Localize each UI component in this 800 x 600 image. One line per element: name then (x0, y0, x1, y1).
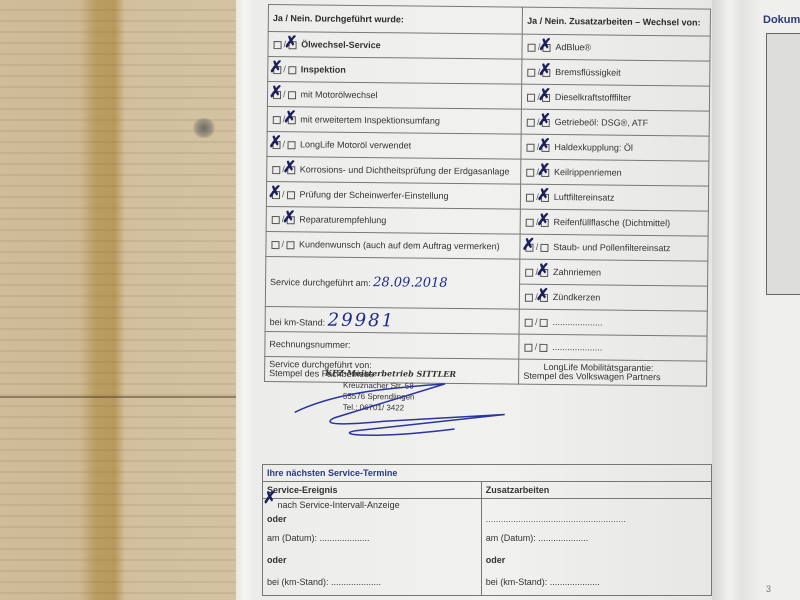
wooden-table-background (0, 0, 250, 600)
extra-work-item: /AdBlue® (522, 34, 710, 61)
extra-work-item: /Luftfiltereinsatz (521, 184, 709, 211)
checkbox-nein-checked[interactable] (286, 216, 294, 224)
checkbox-nein-checked[interactable] (542, 68, 550, 76)
extra-work-item: /.................... (519, 334, 707, 361)
km-label: bei km-Stand: (270, 317, 326, 328)
extra-date-field[interactable]: am (Datum): .................... (486, 527, 707, 549)
extra-work-item-label: Getriebeöl: DSG®, ATF (555, 117, 649, 128)
service-item-label: mit erweitertem Inspektionsumfang (300, 114, 440, 125)
service-item: /Inspektion (268, 57, 523, 85)
extra-work-item-label: .................... (552, 317, 602, 328)
service-item: /LongLife Motoröl verwendet (267, 131, 522, 159)
service-date-label: Service durchgeführt am: (270, 277, 371, 288)
checkbox-nein-checked[interactable] (540, 268, 548, 276)
service-item-label: Inspektion (301, 64, 346, 74)
extra-work-item-label: Dieselkraftstofffilter (555, 92, 631, 103)
extra-work-item-label: Bremsflüssigkeit (555, 67, 621, 78)
next-service-event-cell: nach Service-Intervall-Anzeige oder am (… (263, 499, 482, 596)
stamp-caption-vw: Stempel des Volkswagen Partners (523, 371, 660, 382)
checkbox-nein[interactable] (287, 141, 295, 149)
next-service-table: Ihre nächsten Service-Termine Service-Er… (262, 464, 712, 596)
service-item-label: Ölwechsel-Service (301, 39, 381, 50)
extra-work-item: /Bremsflüssigkeit (522, 59, 710, 86)
invoice-cell: Rechnungsnummer: (265, 331, 520, 359)
checkbox-ja[interactable] (527, 143, 535, 151)
extra-work-item: /.................... (519, 309, 707, 336)
extra-work-item: /Zahnriemen (520, 259, 708, 286)
checkbox-ja-checked[interactable] (272, 141, 280, 149)
checkbox-nein-checked[interactable] (542, 93, 550, 101)
page-number: 3 (766, 584, 771, 594)
checkbox-ja[interactable] (271, 241, 279, 249)
checkbox-ja[interactable] (525, 343, 533, 351)
extra-work-item-label: Zahnriemen (553, 267, 601, 278)
extra-work-item-label: Zündkerzen (553, 292, 601, 302)
workshop-stamp-cell: Service durchgeführt von: KFZ-Meisterbet… (265, 356, 520, 384)
extra-work-item-label: AdBlue® (555, 42, 591, 52)
service-item: /Prüfung der Scheinwerfer-Einstellung (266, 181, 521, 209)
checkbox-ja-checked[interactable] (273, 91, 281, 99)
service-item-label: Kundenwunsch (auch auf dem Auftrag verme… (299, 239, 500, 251)
checkbox-nein-checked[interactable] (287, 166, 295, 174)
checkbox-nein-checked[interactable] (287, 116, 295, 124)
extra-work-item: /Getriebeöl: DSG®, ATF (521, 109, 709, 136)
service-item: /Kundenwunsch (auch auf dem Auftrag verm… (266, 231, 521, 259)
service-record-table: Ja / Nein. Durchgeführt wurde: Ja / Nein… (264, 4, 711, 387)
checkbox-ja-checked[interactable] (273, 66, 281, 74)
checkbox-ja-checked[interactable] (526, 243, 534, 251)
service-item-label: mit Motorölwechsel (301, 89, 378, 100)
service-item: /mit Motorölwechsel (267, 82, 522, 110)
service-date-cell: Service durchgeführt am: 28.09.2018 (265, 256, 520, 309)
checkbox-ja[interactable] (525, 318, 533, 326)
interval-option[interactable]: nach Service-Intervall-Anzeige (267, 499, 477, 511)
extra-work-field[interactable]: ........................................… (486, 511, 707, 527)
checkbox-nein[interactable] (286, 191, 294, 199)
right-page-title: Dokum (763, 14, 800, 26)
next-service-title: Ihre nächsten Service-Termine (263, 465, 712, 482)
service-item: /Reparaturempfehlung (266, 206, 521, 234)
checkbox-nein-checked[interactable] (540, 293, 548, 301)
col-extra-work: Zusatzarbeiten (481, 482, 711, 499)
checkbox-ja[interactable] (272, 166, 280, 174)
extra-work-item: /Keilrippenriemen (521, 159, 709, 186)
checkbox-ja[interactable] (527, 168, 535, 176)
service-item-label: Prüfung der Scheinwerfer-Einstellung (299, 189, 448, 201)
checkbox-ja[interactable] (274, 41, 282, 49)
extra-work-item: /Zündkerzen (520, 284, 708, 311)
wood-knot (192, 118, 216, 138)
extra-work-item-label: Keilrippenriemen (554, 167, 622, 178)
checkbox-nein-checked[interactable] (541, 143, 549, 151)
extra-km-field[interactable]: bei (km-Stand): .................... (486, 571, 707, 593)
extra-work-item-label: Reifenfüllflasche (Dichtmittel) (554, 217, 671, 228)
extra-work-item: /Dieselkraftstofffilter (522, 84, 710, 111)
signature (274, 372, 535, 445)
checkbox-ja[interactable] (528, 43, 536, 51)
checkbox-ja[interactable] (525, 268, 533, 276)
checkbox-nein-checked[interactable] (541, 193, 549, 201)
extra-work-item-label: Staub- und Pollenfiltereinsatz (553, 242, 670, 253)
checkbox-nein[interactable] (288, 66, 296, 74)
checkbox-ja[interactable] (527, 118, 535, 126)
service-item-label: Reparaturempfehlung (299, 214, 386, 225)
extra-work-item: /Reifenfüllflasche (Dichtmittel) (520, 209, 708, 236)
right-page-figure (766, 33, 800, 295)
checkbox-nein-checked[interactable] (541, 218, 549, 226)
next-km-field[interactable]: bei (km-Stand): .................... (267, 571, 477, 593)
checkbox-nein[interactable] (288, 91, 296, 99)
checkbox-ja[interactable] (526, 193, 534, 201)
vw-stamp-cell: LongLife Mobilitätsgarantie: Stempel des… (519, 359, 707, 386)
km-cell: bei km-Stand: 29981 (265, 306, 520, 334)
extra-work-item: /Staub- und Pollenfiltereinsatz (520, 234, 708, 261)
checkbox-nein[interactable] (539, 318, 547, 326)
stamp-caption-workshop: Stempel des Fachbetriebs (269, 368, 374, 379)
checkbox-ja-checked[interactable] (272, 191, 280, 199)
checkbox-ja[interactable] (526, 218, 534, 226)
invoice-label: Rechnungsnummer: (269, 339, 350, 350)
service-item-label: Korrosions- und Dichtheitsprüfung der Er… (300, 164, 510, 176)
checkbox-ja[interactable] (273, 116, 281, 124)
checkbox-ja[interactable] (527, 93, 535, 101)
left-column-header: Ja / Nein. Durchgeführt wurde: (268, 5, 523, 35)
checkbox-nein-checked[interactable] (542, 44, 550, 52)
checkbox-ja[interactable] (528, 68, 536, 76)
checkbox-nein[interactable] (540, 243, 548, 251)
service-item-label: LongLife Motoröl verwendet (300, 139, 411, 150)
checkbox-ja[interactable] (525, 293, 533, 301)
checkbox-nein-checked[interactable] (542, 118, 550, 126)
checkbox-nein[interactable] (286, 241, 294, 249)
service-date-value[interactable]: 28.09.2018 (373, 275, 448, 291)
checkbox-nein-checked[interactable] (288, 41, 296, 49)
checkbox-nein-checked[interactable] (541, 168, 549, 176)
service-item: /Ölwechsel-Service (268, 32, 523, 60)
extra-work-item-label: .................... (552, 342, 602, 353)
checkbox-nein[interactable] (539, 343, 547, 351)
extra-work-item-label: Haldexkupplung: Öl (554, 142, 633, 153)
next-extra-work-cell: ........................................… (481, 499, 711, 596)
booklet-fold (712, 0, 762, 600)
wood-seam (0, 396, 250, 398)
next-date-field[interactable]: am (Datum): .................... (267, 527, 477, 549)
extra-work-item: /Haldexkupplung: Öl (521, 134, 709, 161)
service-item: /Korrosions- und Dichtheitsprüfung der E… (267, 156, 522, 184)
km-value[interactable]: 29981 (328, 309, 395, 331)
col-service-event: Service-Ereignis (263, 482, 482, 499)
service-item: /mit erweitertem Inspektionsumfang (267, 106, 522, 134)
extra-work-item-label: Luftfiltereinsatz (554, 192, 615, 203)
checkbox-ja[interactable] (272, 216, 280, 224)
right-column-header: Ja / Nein. Zusatzarbeiten – Wechsel von: (523, 7, 711, 36)
